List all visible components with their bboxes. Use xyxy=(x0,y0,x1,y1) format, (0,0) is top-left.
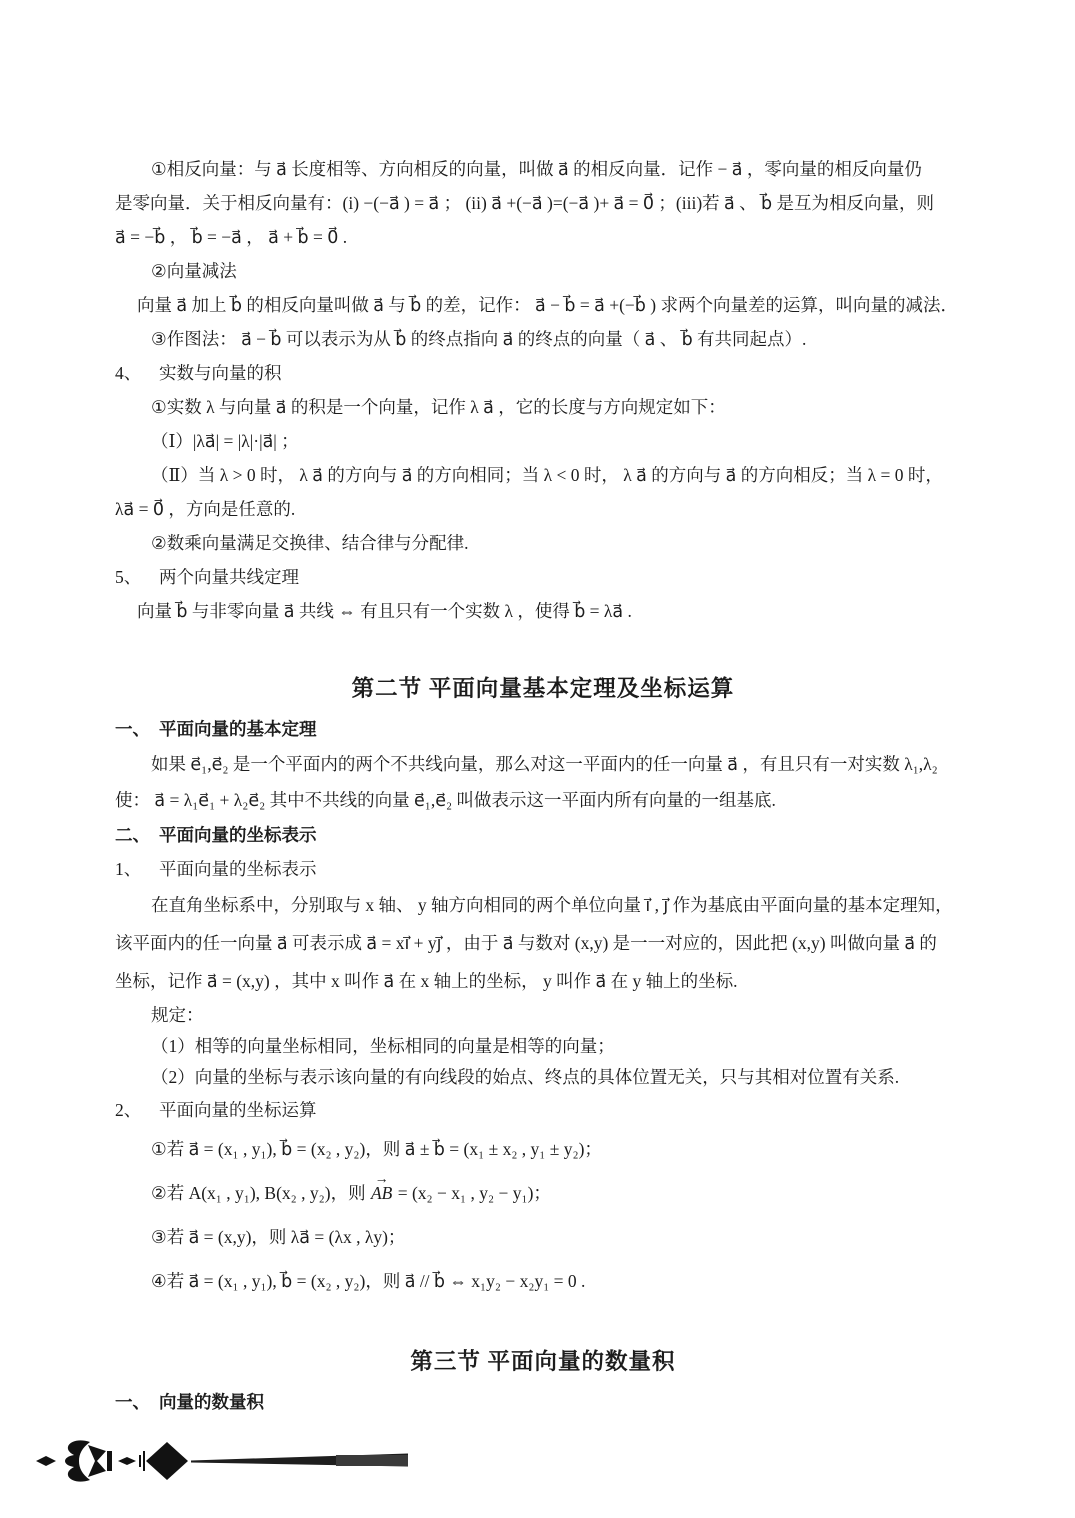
formula-line: ④若 a⃗ = (x₁ , y₁), b⃗ = (x₂ , y₂)，则 a⃗ /… xyxy=(115,1259,971,1303)
paragraph-line: （1）相等的向量坐标相同，坐标相同的向量是相等的向量； xyxy=(115,1031,971,1062)
list-label: 平面向量的坐标运算 xyxy=(159,1093,317,1127)
paragraph-line: 该平面内的任一向量 a⃗ 可表示成 a⃗ = xi⃗ + yj⃗ ，由于 a⃗ … xyxy=(115,924,971,962)
heading-1-section3: 一、 向量的数量积 xyxy=(115,1385,971,1419)
divider-ornament xyxy=(36,1434,408,1495)
document-page: ①相反向量：与 a⃗ 长度相等、方向相反的向量，叫做 a⃗ 的相反向量．记作 −… xyxy=(115,152,971,1419)
formula-line: ③若 a⃗ = (x,y)，则 λa⃗ = (λx , λy)； xyxy=(115,1215,971,1259)
list-number: 4、 xyxy=(115,356,159,390)
heading-number: 二、 xyxy=(115,818,159,852)
paragraph-line: ①实数 λ 与向量 a⃗ 的积是一个向量，记作 λ a⃗ ，它的长度与方向规定如… xyxy=(115,390,971,424)
list-number: 5、 xyxy=(115,560,159,594)
coordinate-operations-formulas: ①若 a⃗ = (x₁ , y₁), b⃗ = (x₂ , y₂)，则 a⃗ ±… xyxy=(115,1127,971,1303)
paragraph-line: 如果 e⃗₁,e⃗₂ 是一个平面内的两个不共线向量，那么对这一平面内的任一向量 … xyxy=(115,746,971,782)
paragraph-line: （Ⅱ）当 λ > 0 时， λ a⃗ 的方向与 a⃗ 的方向相同；当 λ < 0… xyxy=(115,458,971,492)
list-label: 两个向量共线定理 xyxy=(159,560,299,594)
vector-AB: AB xyxy=(370,1171,393,1215)
list-number: 2、 xyxy=(115,1093,159,1127)
heading-2: 二、 平面向量的坐标表示 xyxy=(115,818,971,852)
heading-label: 向量的数量积 xyxy=(159,1385,264,1419)
basic-theorem-paragraph: 如果 e⃗₁,e⃗₂ 是一个平面内的两个不共线向量，那么对这一平面内的任一向量 … xyxy=(115,746,971,818)
paragraph-line: ②向量减法 xyxy=(115,254,971,288)
formula-text: = (x₂ − x₁ , y₂ − y₁)； xyxy=(393,1183,551,1203)
coordinate-representation-paragraph: 在直角坐标系中，分别取与 x 轴、 y 轴方向相同的两个单位向量 i⃗ , j⃗… xyxy=(115,886,971,1093)
paragraph-line: 向量 a⃗ 加上 b⃗ 的相反向量叫做 a⃗ 与 b⃗ 的差，记作： a⃗ − … xyxy=(115,288,971,322)
section-2: 第二节 平面向量基本定理及坐标运算 一、 平面向量的基本定理 如果 e⃗₁,e⃗… xyxy=(115,672,971,1303)
list-label: 平面向量的坐标表示 xyxy=(159,852,317,886)
divider-ornament-icon xyxy=(36,1434,408,1490)
paragraph-line: 在直角坐标系中，分别取与 x 轴、 y 轴方向相同的两个单位向量 i⃗ , j⃗… xyxy=(115,886,971,924)
heading-number: 一、 xyxy=(115,1385,159,1419)
paragraph-line: 使： a⃗ = λ₁e⃗₁ + λ₂e⃗₂ 其中不共线的向量 e⃗₁,e⃗₂ 叫… xyxy=(115,782,971,818)
formula-text: ②若 A(x₁ , y₁), B(x₂ , y₂)，则 xyxy=(151,1183,370,1203)
heading-label: 平面向量的坐标表示 xyxy=(159,818,317,852)
paragraph-line: ③作图法： a⃗ − b⃗ 可以表示为从 b⃗ 的终点指向 a⃗ 的终点的向量（… xyxy=(115,322,971,356)
formula-line: λa⃗ = 0⃗ ，方向是任意的. xyxy=(115,492,971,526)
heading-number: 一、 xyxy=(115,712,159,746)
heading-label: 平面向量的基本定理 xyxy=(159,712,317,746)
paragraph-line: 坐标，记作 a⃗ = (x,y) ，其中 x 叫作 a⃗ 在 x 轴上的坐标， … xyxy=(115,962,971,1000)
list-label: 实数与向量的积 xyxy=(159,356,282,390)
paragraph-line: ②数乘向量满足交换律、结合律与分配律. xyxy=(115,526,971,560)
list-item-1: 1、 平面向量的坐标表示 xyxy=(115,852,971,886)
heading-1: 一、 平面向量的基本定理 xyxy=(115,712,971,746)
section-3: 第三节 平面向量的数量积 一、 向量的数量积 xyxy=(115,1345,971,1419)
vector-properties-block: ①相反向量：与 a⃗ 长度相等、方向相反的向量，叫做 a⃗ 的相反向量．记作 −… xyxy=(115,152,971,628)
collinear-theorem-line: 向量 b⃗ 与非零向量 a⃗ 共线 ⇔ 有且只有一个实数 λ ，使得 b⃗ = … xyxy=(115,594,971,628)
paragraph-line: 规定： xyxy=(115,1000,971,1031)
paragraph-line: a⃗ = −b⃗ ， b⃗ = −a⃗ ， a⃗ + b⃗ = 0⃗ . xyxy=(115,220,971,254)
paragraph-line: 是零向量．关于相反向量有：(i) −(−a⃗ ) = a⃗ ； (ii) a⃗ … xyxy=(115,186,971,220)
list-number: 1、 xyxy=(115,852,159,886)
section-2-title: 第二节 平面向量基本定理及坐标运算 xyxy=(115,672,971,706)
paragraph-line: ①相反向量：与 a⃗ 长度相等、方向相反的向量，叫做 a⃗ 的相反向量．记作 −… xyxy=(115,152,971,186)
list-item-5: 5、 两个向量共线定理 xyxy=(115,560,971,594)
list-item-2: 2、 平面向量的坐标运算 xyxy=(115,1093,971,1127)
formula-line: ①若 a⃗ = (x₁ , y₁), b⃗ = (x₂ , y₂)，则 a⃗ ±… xyxy=(115,1127,971,1171)
formula-line: ②若 A(x₁ , y₁), B(x₂ , y₂)，则 AB = (x₂ − x… xyxy=(115,1171,971,1215)
section-3-title: 第三节 平面向量的数量积 xyxy=(115,1345,971,1379)
list-item-4: 4、 实数与向量的积 xyxy=(115,356,971,390)
formula-line: （Ⅰ）|λa⃗| = |λ|·|a⃗| ； xyxy=(115,424,971,458)
paragraph-line: （2）向量的坐标与表示该向量的有向线段的始点、终点的具体位置无关，只与其相对位置… xyxy=(115,1062,971,1093)
